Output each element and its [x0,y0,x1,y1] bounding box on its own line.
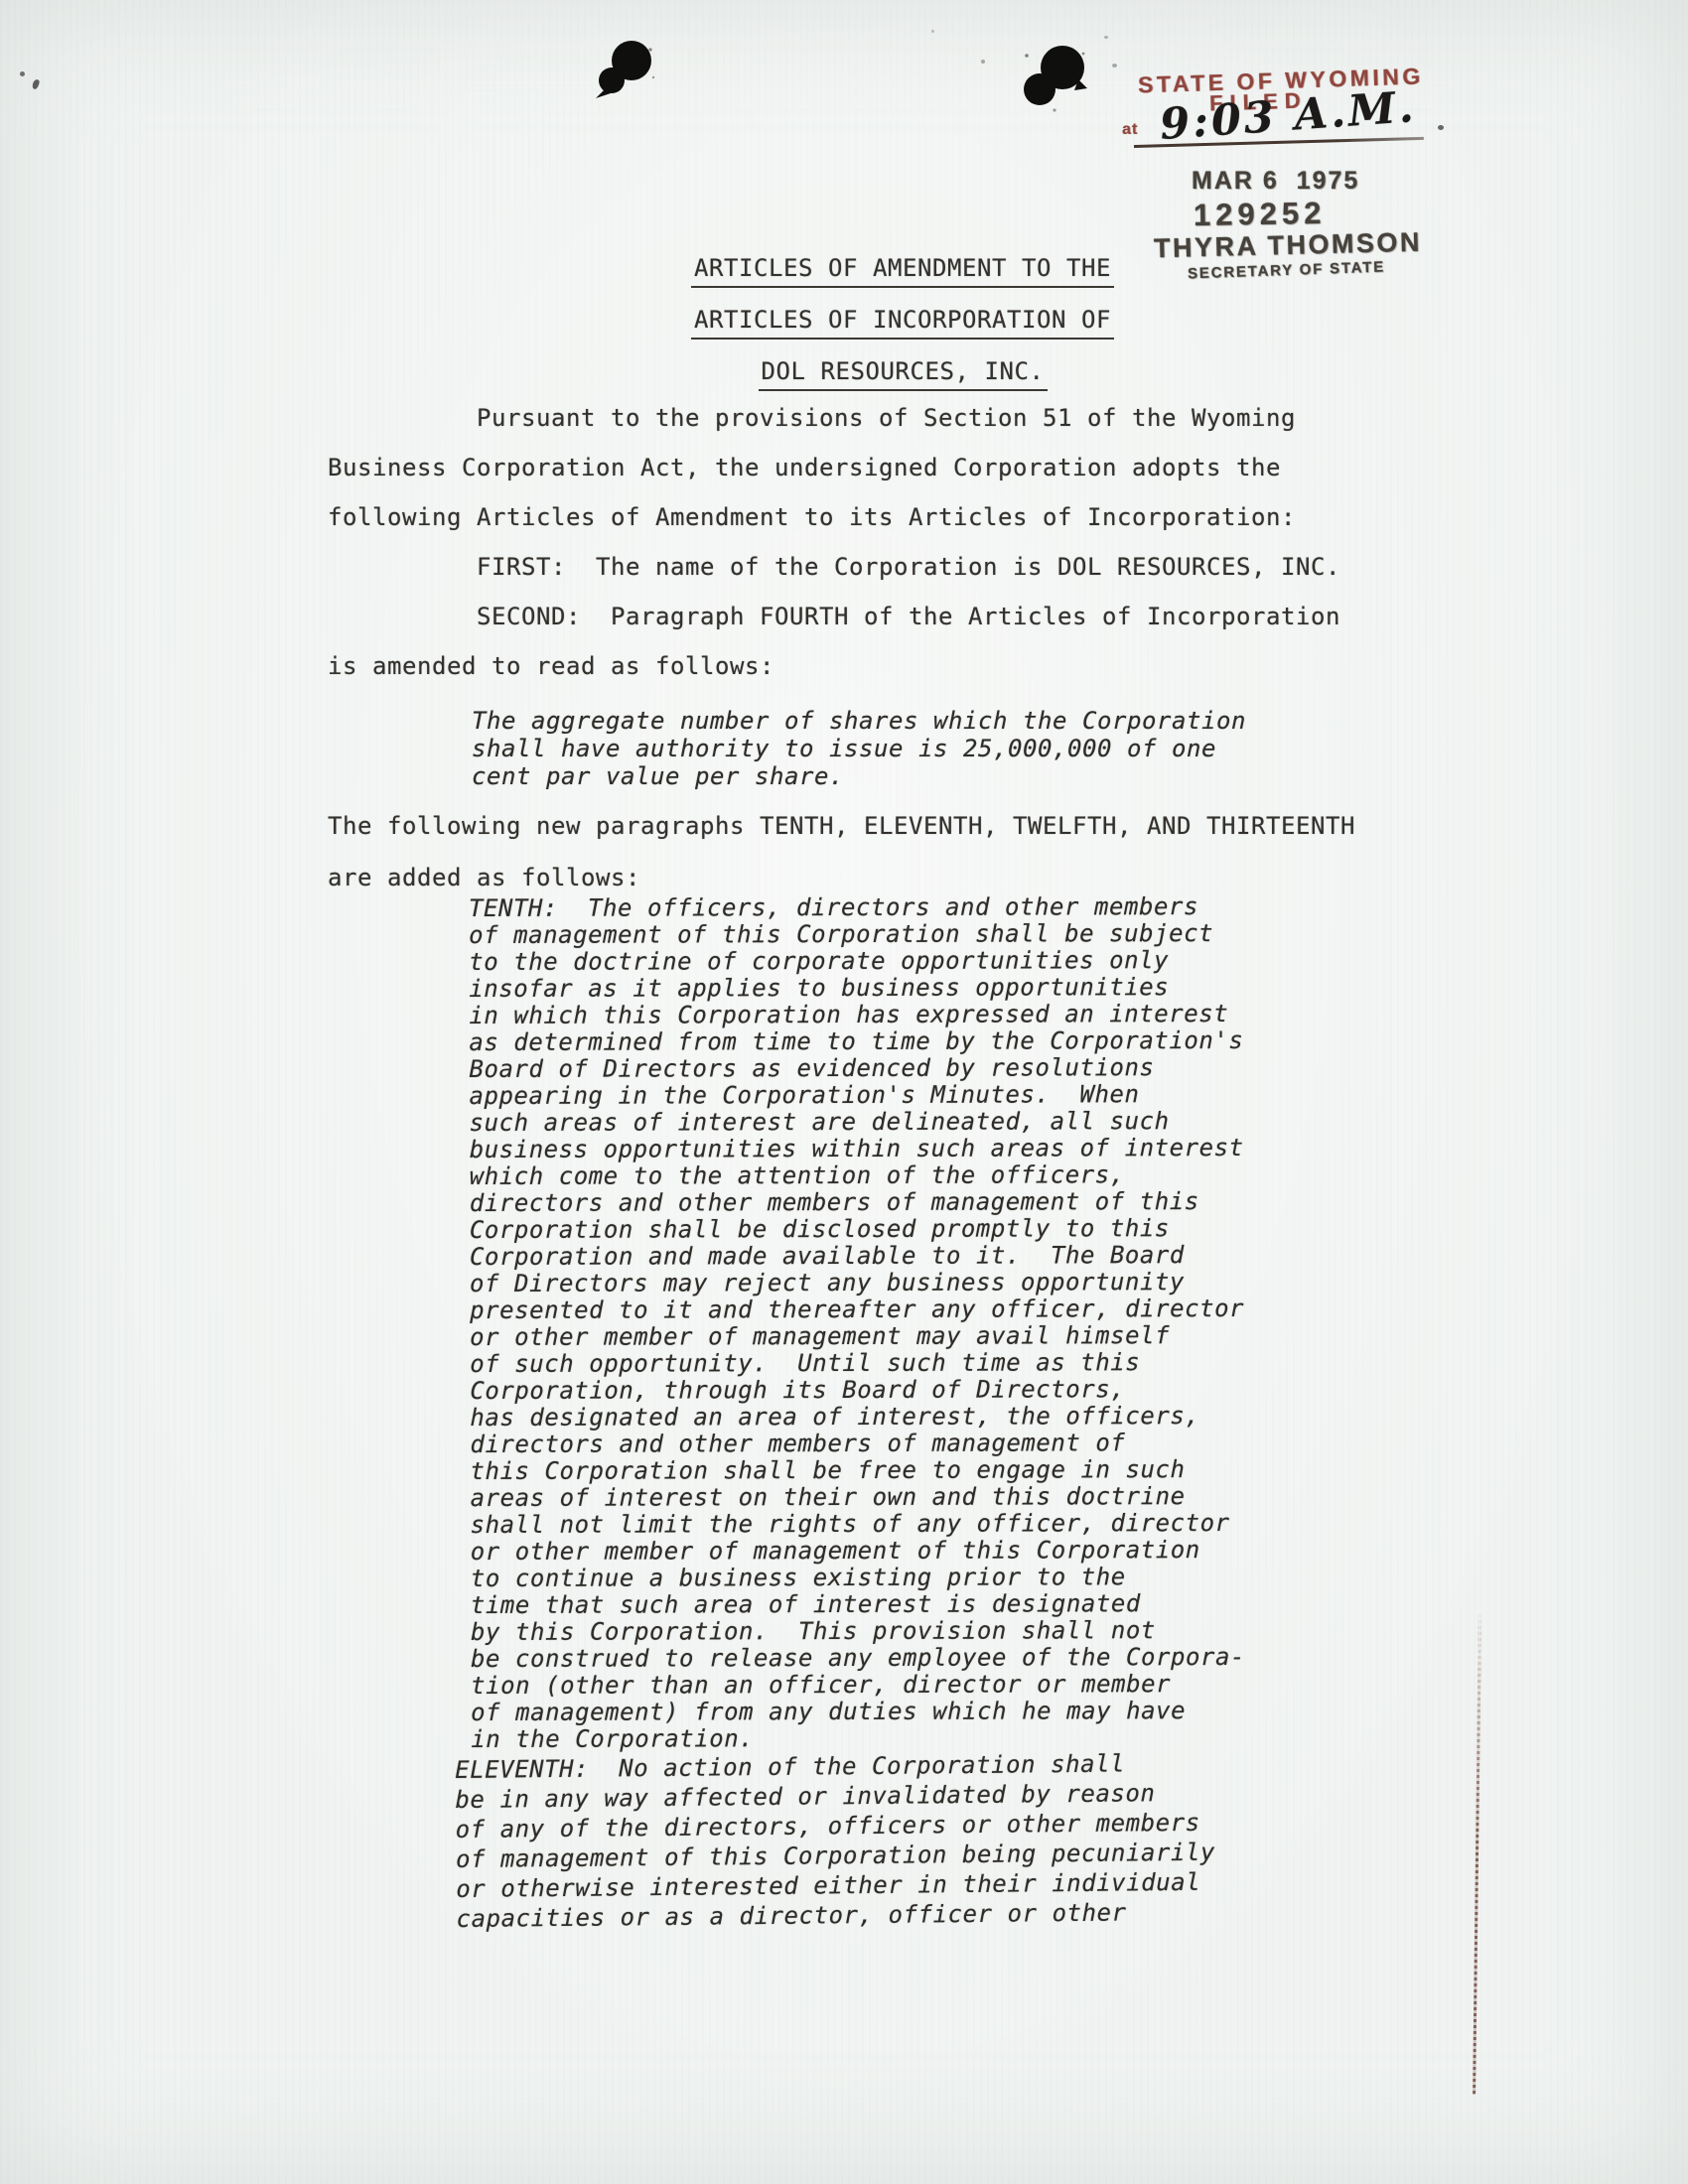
stamp-date: MAR 6 1975 [1192,167,1359,196]
scan-speckle [1104,36,1108,39]
article-second: SECOND: Paragraph FOURTH of the Articles… [328,592,1440,691]
scan-speckle [931,30,934,33]
scan-artifact-line [1473,1614,1481,2095]
paragraph-eleventh: ELEVENTH: No action of the Corporation s… [455,1747,1311,1934]
stamp-at-label: at [1122,121,1138,139]
ink-blot-right [1021,44,1088,113]
scan-speckle [981,60,985,64]
scan-speckle [32,78,41,89]
article-first: FIRST: The name of the Corporation is DO… [328,542,1440,592]
share-amendment-quote: The aggregate number of shares which the… [472,707,1306,790]
document-title-text: DOL RESOURCES, INC. [759,357,1048,391]
intro-paragraph: Pursuant to the provisions of Section 51… [328,393,1440,542]
ink-blot-left [594,38,657,103]
scan-speckle [1438,125,1444,130]
document-page: STATE OF WYOMING FILED at 9:03 A.M. MAR … [0,0,1688,2184]
new-paragraphs-intro: The following new paragraphs TENTH, ELEV… [328,800,1499,903]
paragraph-tenth: TENTH: The officers, directors and other… [469,893,1305,1753]
scan-speckle [1112,64,1117,68]
scan-speckle [20,71,25,76]
